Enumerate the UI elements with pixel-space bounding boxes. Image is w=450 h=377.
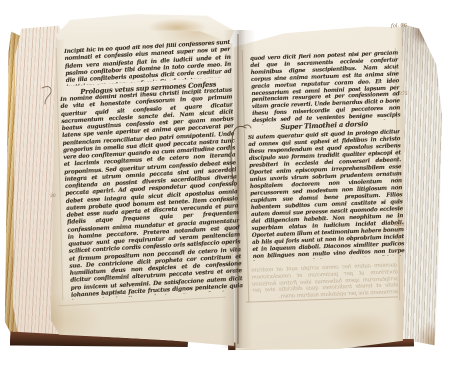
folio-mark: fol. 76 (391, 23, 407, 30)
margin-note-upper: 375 (399, 92, 408, 97)
margin-note-lower: 1503 (393, 223, 404, 228)
manuscript-photo: Incipit hic in eo quod ait nos dei filii… (0, 0, 450, 377)
left-page-body-script: In nomine domini nostri ihesu christi in… (60, 87, 243, 299)
right-page-top-script: quod vero dicit fieri non potest nisi pe… (250, 50, 401, 125)
right-page-showthrough-script: quoniam autem hec omnia scripta sunt ad … (251, 262, 398, 302)
right-page-body-script: Si autem queratur quid sit quod in prolo… (248, 129, 405, 261)
left-margin-number: 30 (50, 194, 56, 199)
